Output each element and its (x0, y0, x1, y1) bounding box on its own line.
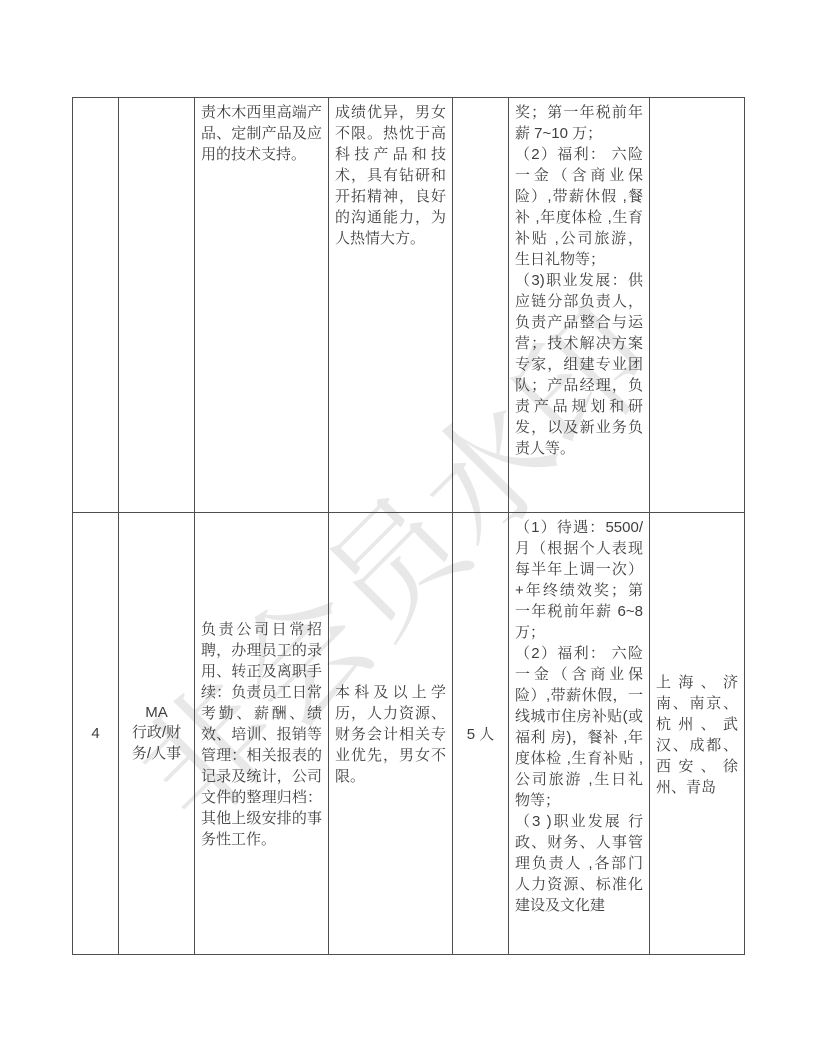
cell-headcount-continued (453, 98, 509, 513)
cell-seq: 4 (73, 513, 119, 954)
cell-duties-continued: 责木木西里高端产品、定制产品及应用的技术支持。 (195, 98, 329, 513)
cell-requirements-continued: 成绩优异，男女不限。热忱于高科技产品和技术，具有钻研和开拓精神，良好的沟通能力，… (329, 98, 453, 513)
cell-position-continued (119, 98, 195, 513)
cell-locations-continued (650, 98, 744, 513)
cell-seq-continued (73, 98, 119, 513)
cell-locations: 上海、济南、南京、杭州、武汉、成都、西安、徐州、青岛 (650, 513, 744, 954)
cell-headcount: 5 人 (453, 513, 509, 954)
cell-requirements: 本科及以上学历，人力资源、财务会计相关专业优先，男女不限。 (329, 513, 453, 954)
cell-duties: 负责公司日常招聘，办理员工的录用、转正及离职手续：负责员工日常考勤、薪酬、绩效、… (195, 513, 329, 954)
cell-compensation: （1）待遇：5500/月（根据个人表现每半年上调一次）+年终绩效奖；第一年税前年… (509, 513, 650, 954)
document-page: 非会员水印 责木木西里高端产品、定制产品及应用的技术支持。 成绩优异，男女不限。… (0, 0, 816, 1056)
recruitment-table: 责木木西里高端产品、定制产品及应用的技术支持。 成绩优异，男女不限。热忱于高科技… (72, 97, 745, 955)
cell-position: MA 行政/财务/人事 (119, 513, 195, 954)
cell-compensation-continued: 奖；第一年税前年薪 7~10 万； （2）福利： 六险一金（含商业保险）,带薪休… (509, 98, 650, 513)
